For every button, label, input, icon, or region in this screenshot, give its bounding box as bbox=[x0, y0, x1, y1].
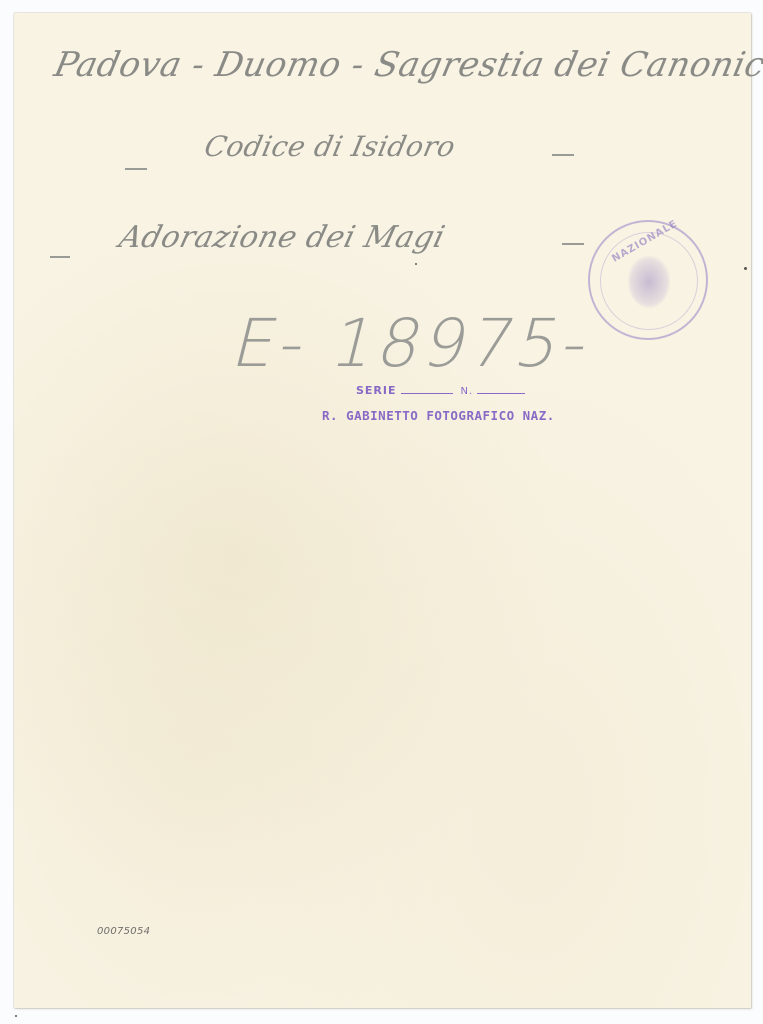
paper-speck bbox=[415, 263, 417, 265]
serie-stamp: SERIEN. bbox=[356, 384, 525, 397]
inventory-number: E- 18975- bbox=[225, 305, 600, 382]
paper-speck bbox=[15, 1015, 17, 1017]
handwritten-location: Padova - Duomo - Sagrestia dei Canonici bbox=[51, 45, 763, 85]
paper-speck bbox=[744, 267, 747, 270]
circular-seal-stamp: NAZIONALE bbox=[588, 220, 708, 340]
serie-label: SERIE bbox=[356, 384, 397, 397]
dash-left bbox=[50, 256, 70, 258]
dash-right bbox=[552, 154, 574, 156]
coat-of-arms-icon bbox=[628, 256, 670, 308]
dash-left bbox=[125, 168, 147, 170]
number-blank bbox=[477, 385, 525, 394]
number-label: N. bbox=[461, 386, 474, 397]
serie-blank bbox=[401, 385, 453, 394]
handwritten-codex: Codice di Isidoro bbox=[201, 130, 458, 163]
catalog-id: 00075054 bbox=[97, 926, 150, 937]
institution-stamp: R. GABINETTO FOTOGRAFICO NAZ. bbox=[322, 408, 555, 423]
dash-right bbox=[562, 243, 584, 245]
handwritten-subject: Adorazione dei Magi bbox=[116, 220, 449, 255]
